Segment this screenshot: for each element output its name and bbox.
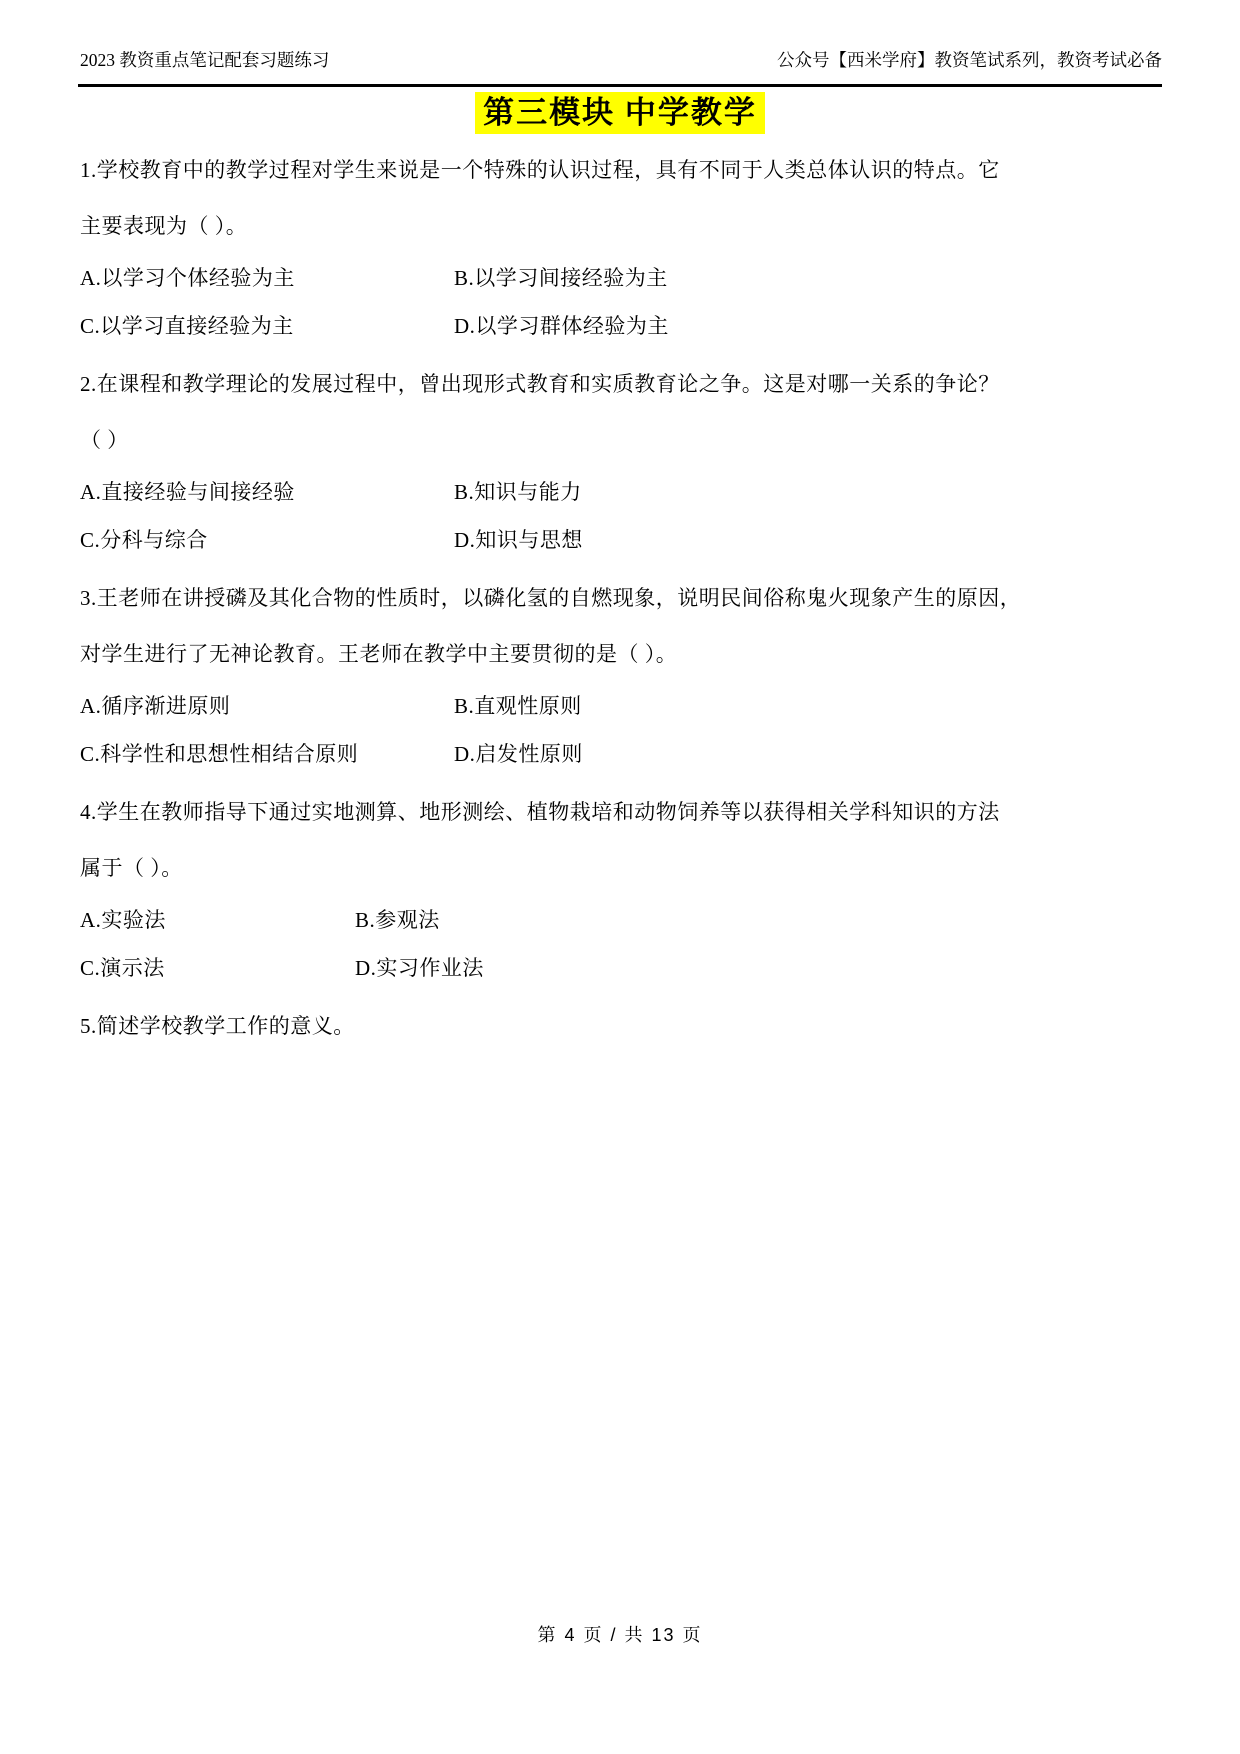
question-5-line-1: 5.简述学校教学工作的意义。 xyxy=(80,998,1160,1054)
question-3-line-1: 3.王老师在讲授磷及其化合物的性质时，以磷化氢的自燃现象，说明民间俗称鬼火现象产… xyxy=(80,570,1160,626)
header-rule xyxy=(78,84,1162,87)
question-2-option-d: D.知识与思想 xyxy=(454,516,583,564)
question-1-options-row-1: A.以学习个体经验为主 B.以学习间接经验为主 xyxy=(80,254,1160,302)
question-1-option-a: A.以学习个体经验为主 xyxy=(80,254,454,302)
question-2-option-b: B.知识与能力 xyxy=(454,468,582,516)
question-3-options-row-2: C.科学性和思想性相结合原则 D.启发性原则 xyxy=(80,730,1160,778)
title-row: 第三模块 中学教学 xyxy=(0,92,1240,134)
question-3-line-2: 对学生进行了无神论教育。王老师在教学中主要贯彻的是（ ）。 xyxy=(80,626,1160,682)
page-number-text: 第 4 页 / 共 13 页 xyxy=(537,1625,702,1645)
question-3-options-row-1: A.循序渐进原则 B.直观性原则 xyxy=(80,682,1160,730)
question-4-option-b: B.参观法 xyxy=(355,896,440,944)
page-header: 2023 教资重点笔记配套习题练习 公众号【西米学府】教资笔试系列，教资考试必备 xyxy=(80,48,1162,72)
module-title: 第三模块 中学教学 xyxy=(475,92,765,134)
question-3-option-d: D.启发性原则 xyxy=(454,730,583,778)
question-1: 1.学校教育中的教学过程对学生来说是一个特殊的认识过程，具有不同于人类总体认识的… xyxy=(80,142,1160,350)
question-1-option-d: D.以学习群体经验为主 xyxy=(454,302,669,350)
question-4: 4.学生在教师指导下通过实地测算、地形测绘、植物栽培和动物饲养等以获得相关学科知… xyxy=(80,784,1160,992)
question-4-line-1: 4.学生在教师指导下通过实地测算、地形测绘、植物栽培和动物饲养等以获得相关学科知… xyxy=(80,784,1160,840)
document-page: 2023 教资重点笔记配套习题练习 公众号【西米学府】教资笔试系列，教资考试必备… xyxy=(0,0,1240,1754)
question-2-option-c: C.分科与综合 xyxy=(80,516,454,564)
question-3: 3.王老师在讲授磷及其化合物的性质时，以磷化氢的自燃现象，说明民间俗称鬼火现象产… xyxy=(80,570,1160,778)
question-4-options-row-2: C.演示法 D.实习作业法 xyxy=(80,944,1160,992)
question-1-line-1: 1.学校教育中的教学过程对学生来说是一个特殊的认识过程，具有不同于人类总体认识的… xyxy=(80,142,1160,198)
question-2-options-row-1: A.直接经验与间接经验 B.知识与能力 xyxy=(80,468,1160,516)
question-3-option-a: A.循序渐进原则 xyxy=(80,682,454,730)
question-2-option-a: A.直接经验与间接经验 xyxy=(80,468,454,516)
header-right-text: 公众号【西米学府】教资笔试系列，教资考试必备 xyxy=(777,48,1162,72)
question-1-option-b: B.以学习间接经验为主 xyxy=(454,254,668,302)
question-2-line-1: 2.在课程和教学理论的发展过程中，曾出现形式教育和实质教育论之争。这是对哪一关系… xyxy=(80,356,1160,412)
questions-area: 1.学校教育中的教学过程对学生来说是一个特殊的认识过程，具有不同于人类总体认识的… xyxy=(80,142,1160,1060)
page-footer: 第 4 页 / 共 13 页 xyxy=(0,1622,1240,1648)
question-4-options-row-1: A.实验法 B.参观法 xyxy=(80,896,1160,944)
question-3-option-c: C.科学性和思想性相结合原则 xyxy=(80,730,454,778)
question-2-line-2: （ ） xyxy=(80,412,1160,468)
question-2-options-row-2: C.分科与综合 D.知识与思想 xyxy=(80,516,1160,564)
header-left-text: 2023 教资重点笔记配套习题练习 xyxy=(80,48,329,72)
question-4-option-c: C.演示法 xyxy=(80,944,355,992)
question-4-option-d: D.实习作业法 xyxy=(355,944,484,992)
question-4-option-a: A.实验法 xyxy=(80,896,355,944)
question-1-option-c: C.以学习直接经验为主 xyxy=(80,302,454,350)
question-3-option-b: B.直观性原则 xyxy=(454,682,582,730)
question-1-options-row-2: C.以学习直接经验为主 D.以学习群体经验为主 xyxy=(80,302,1160,350)
question-2: 2.在课程和教学理论的发展过程中，曾出现形式教育和实质教育论之争。这是对哪一关系… xyxy=(80,356,1160,564)
question-4-line-2: 属于（ ）。 xyxy=(80,840,1160,896)
question-5: 5.简述学校教学工作的意义。 xyxy=(80,998,1160,1054)
question-1-line-2: 主要表现为（ ）。 xyxy=(80,198,1160,254)
